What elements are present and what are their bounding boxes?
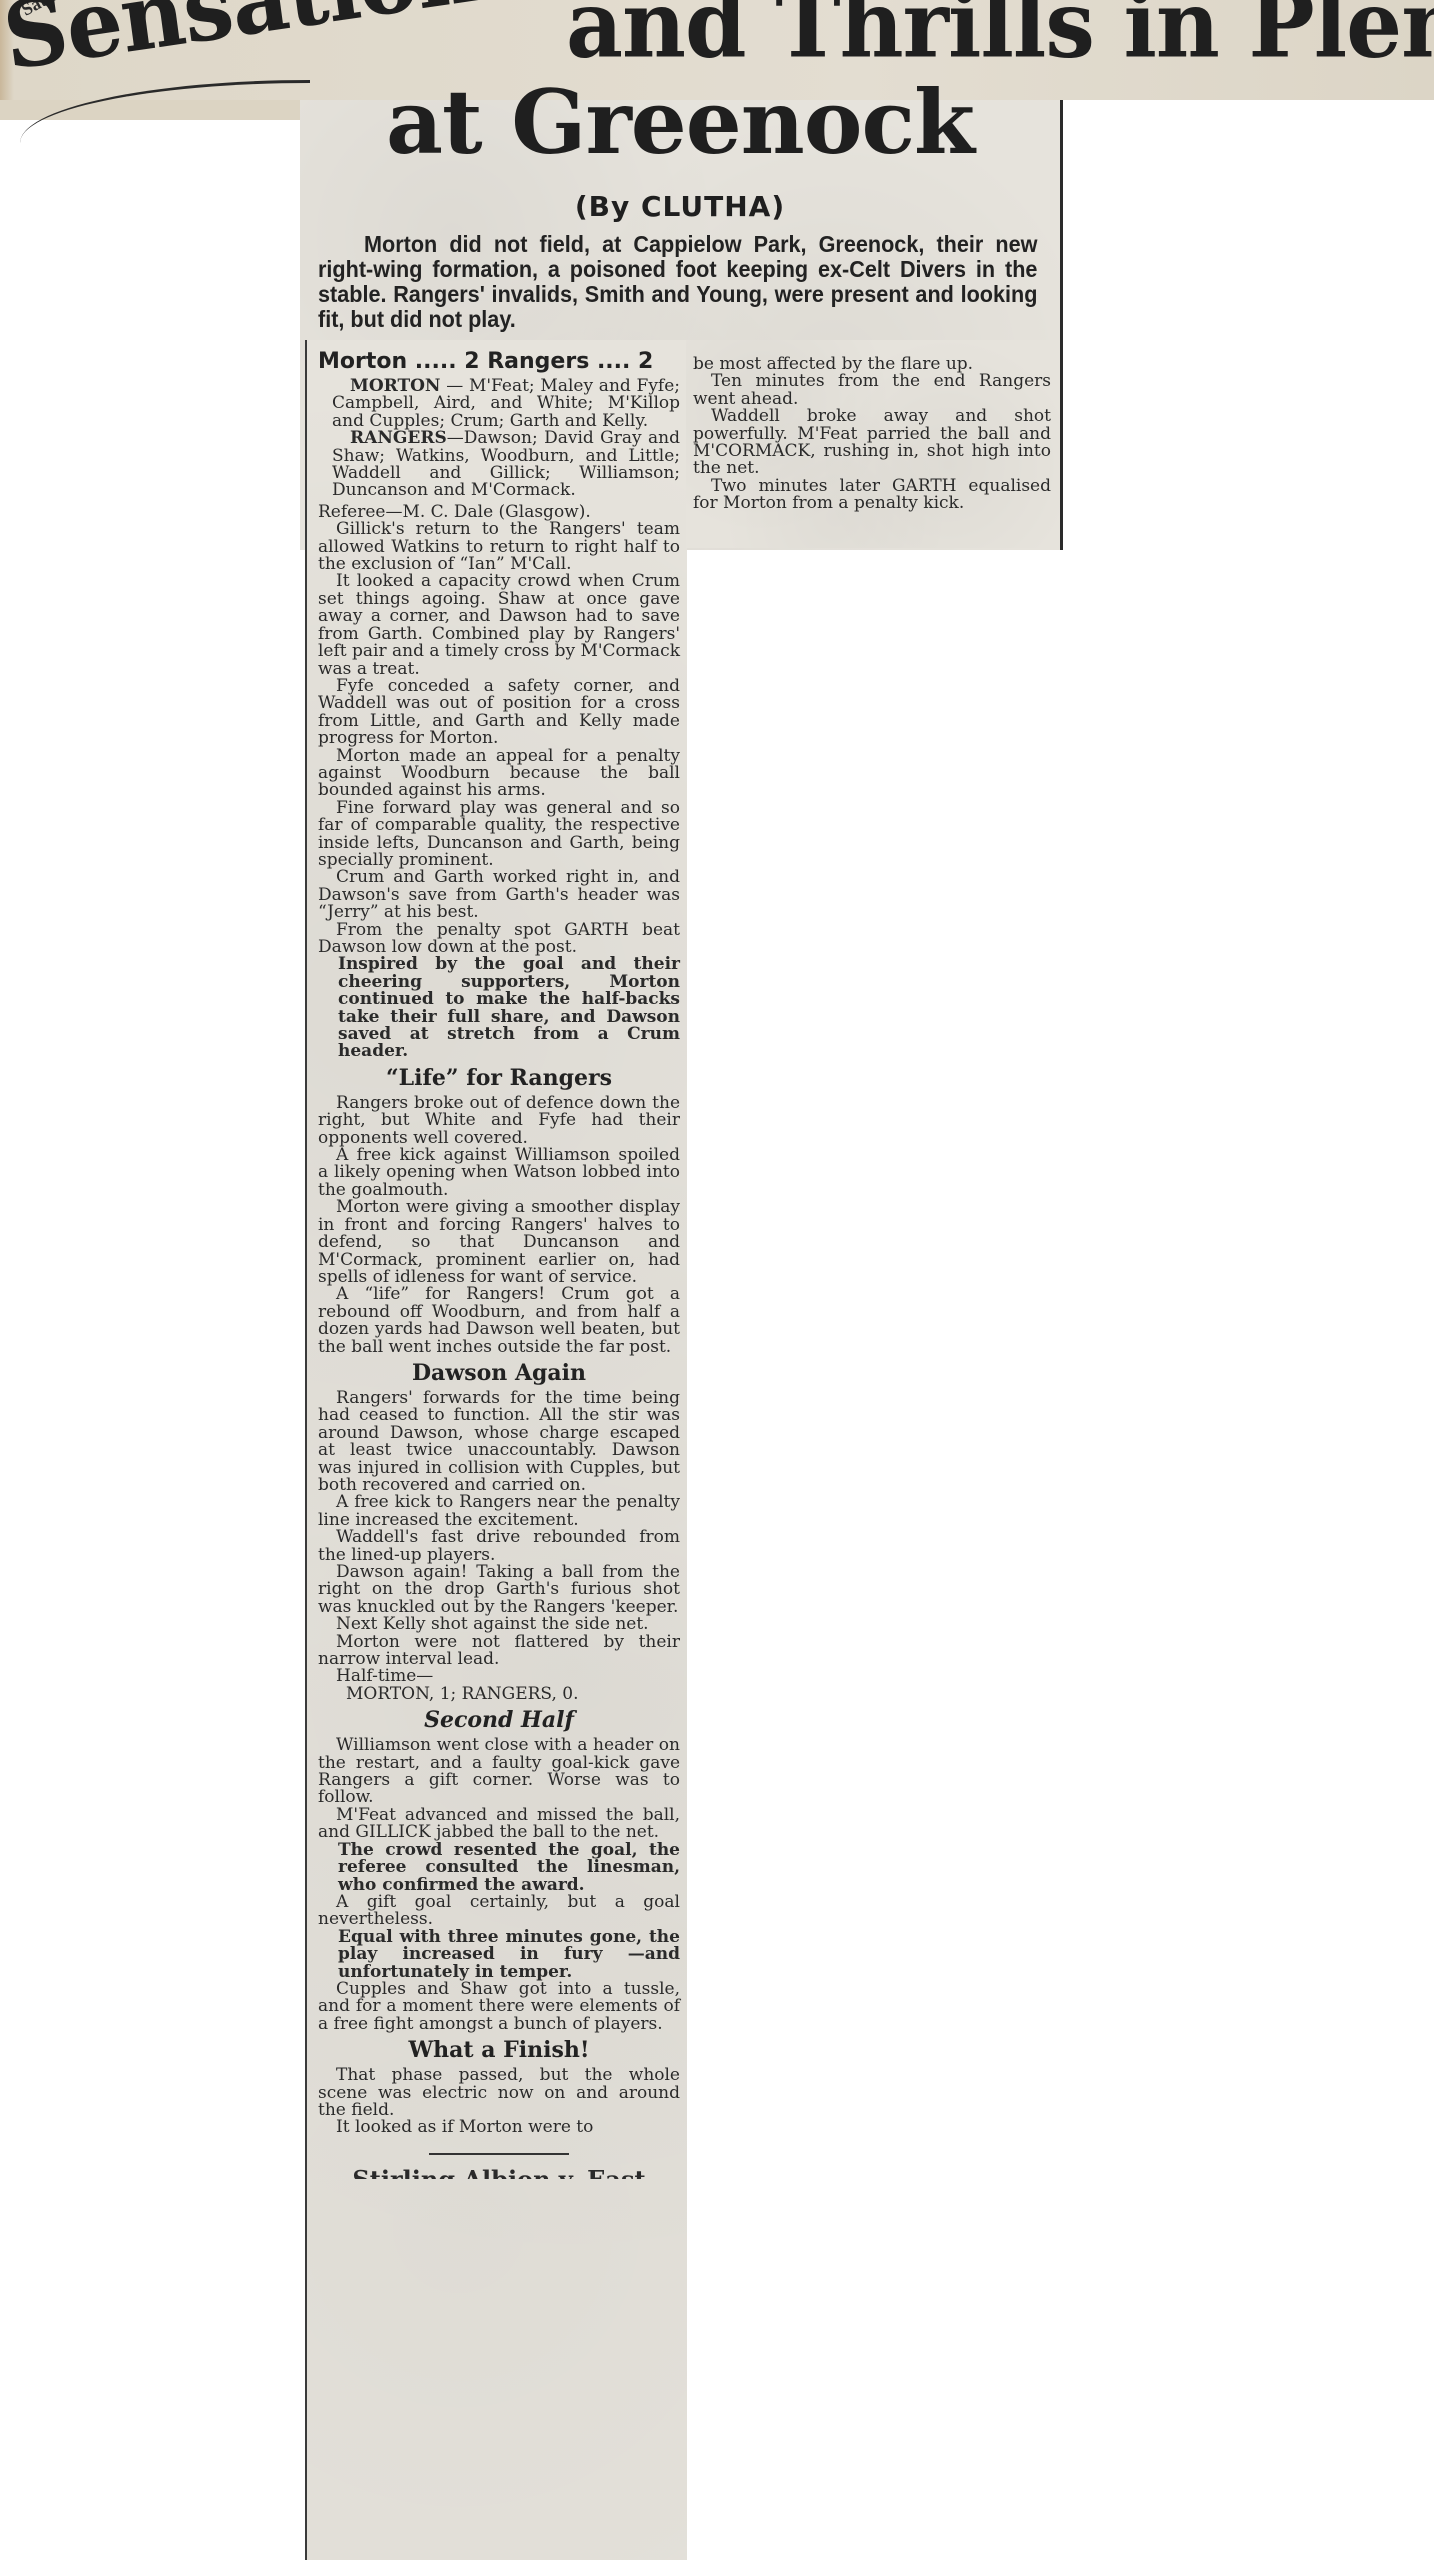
paragraph: M'Feat advanced and missed the ball, and… xyxy=(318,1807,680,1842)
headline-rest: and Thrills in Plenty xyxy=(566,0,1434,79)
paragraph: Two minutes later GARTH equalised for Mo… xyxy=(693,478,1051,513)
paragraph: Ten minutes from the end Rangers went ah… xyxy=(693,373,1051,408)
subheading-dawson-again: Dawson Again xyxy=(318,1360,680,1386)
intro-paragraph: Morton did not field, at Cappielow Park,… xyxy=(318,232,1037,332)
headline-line-1: Sensations and Thrills in Plenty xyxy=(10,0,1430,79)
article-column-right: be most affected by the flare up. Ten mi… xyxy=(693,356,1051,513)
lineup-morton: MORTON — M'Feat; Maley and Fyfe; Campbel… xyxy=(318,378,680,430)
byline: (By CLUTHA) xyxy=(300,190,1060,223)
section-divider xyxy=(429,2153,569,2155)
paragraph: A free kick against Williamson spoiled a… xyxy=(318,1147,680,1199)
paragraph: From the penalty spot GARTH beat Dawson … xyxy=(318,922,680,957)
paragraph: Next Kelly shot against the side net. xyxy=(318,1616,680,1633)
paragraph: A free kick to Rangers near the penalty … xyxy=(318,1494,680,1529)
paragraph: It looked a capacity crowd when Crum set… xyxy=(318,573,680,677)
result-line: Morton ..... 2 Rangers .... 2 xyxy=(318,348,680,376)
paragraph: Rangers' forwards for the time being had… xyxy=(318,1390,680,1494)
paragraph: Williamson went close with a header on t… xyxy=(318,1737,680,1807)
paragraph: Morton made an appeal for a penalty agai… xyxy=(318,748,680,800)
paragraph: Fine forward play was general and so far… xyxy=(318,800,680,870)
next-article-headline-cut: Stirling Albion v. East xyxy=(318,2165,680,2179)
paragraph-bold: Inspired by the goal and their cheering … xyxy=(318,956,680,1060)
paragraph: Morton were not flattered by their narro… xyxy=(318,1634,680,1669)
subheading-life-for-rangers: “Life” for Rangers xyxy=(318,1065,680,1091)
paragraph-bold: Equal with three minutes gone, the play … xyxy=(318,1929,680,1981)
paragraph: Dawson again! Taking a ball from the rig… xyxy=(318,1564,680,1616)
paragraph: That phase passed, but the whole scene w… xyxy=(318,2067,680,2119)
paragraph: Rangers broke out of defence down the ri… xyxy=(318,1095,680,1147)
paragraph: Fyfe conceded a safety corner, and Wadde… xyxy=(318,678,680,748)
subheading-second-half: Second Half xyxy=(318,1707,680,1733)
paragraph: Waddell's fast drive rebounded from the … xyxy=(318,1529,680,1564)
halftime-score: MORTON, 1; RANGERS, 0. xyxy=(318,1686,680,1703)
paragraph-bold: The crowd resented the goal, the referee… xyxy=(318,1842,680,1894)
paragraph: Crum and Garth worked right in, and Daws… xyxy=(318,869,680,921)
intro-text: Morton did not field, at Cappielow Park,… xyxy=(318,232,1037,332)
paragraph: Morton were giving a smoother display in… xyxy=(318,1199,680,1286)
paragraph: It looked as if Morton were to xyxy=(318,2119,680,2136)
paragraph: A gift goal certainly, but a goal nevert… xyxy=(318,1894,680,1929)
paragraph: A “life” for Rangers! Crum got a rebound… xyxy=(318,1286,680,1356)
subheading-what-a-finish: What a Finish! xyxy=(318,2037,680,2063)
paragraph: Cupples and Shaw got into a tussle, and … xyxy=(318,1981,680,2033)
article-column-left: Morton ..... 2 Rangers .... 2 MORTON — M… xyxy=(318,348,680,2179)
headline-line-2: at Greenock xyxy=(300,70,1060,174)
paragraph: Waddell broke away and shot powerfully. … xyxy=(693,408,1051,478)
lineup-rangers: RANGERS—Dawson; David Gray and Shaw; Wat… xyxy=(318,430,680,500)
paragraph: Gillick's return to the Rangers' team al… xyxy=(318,521,680,573)
